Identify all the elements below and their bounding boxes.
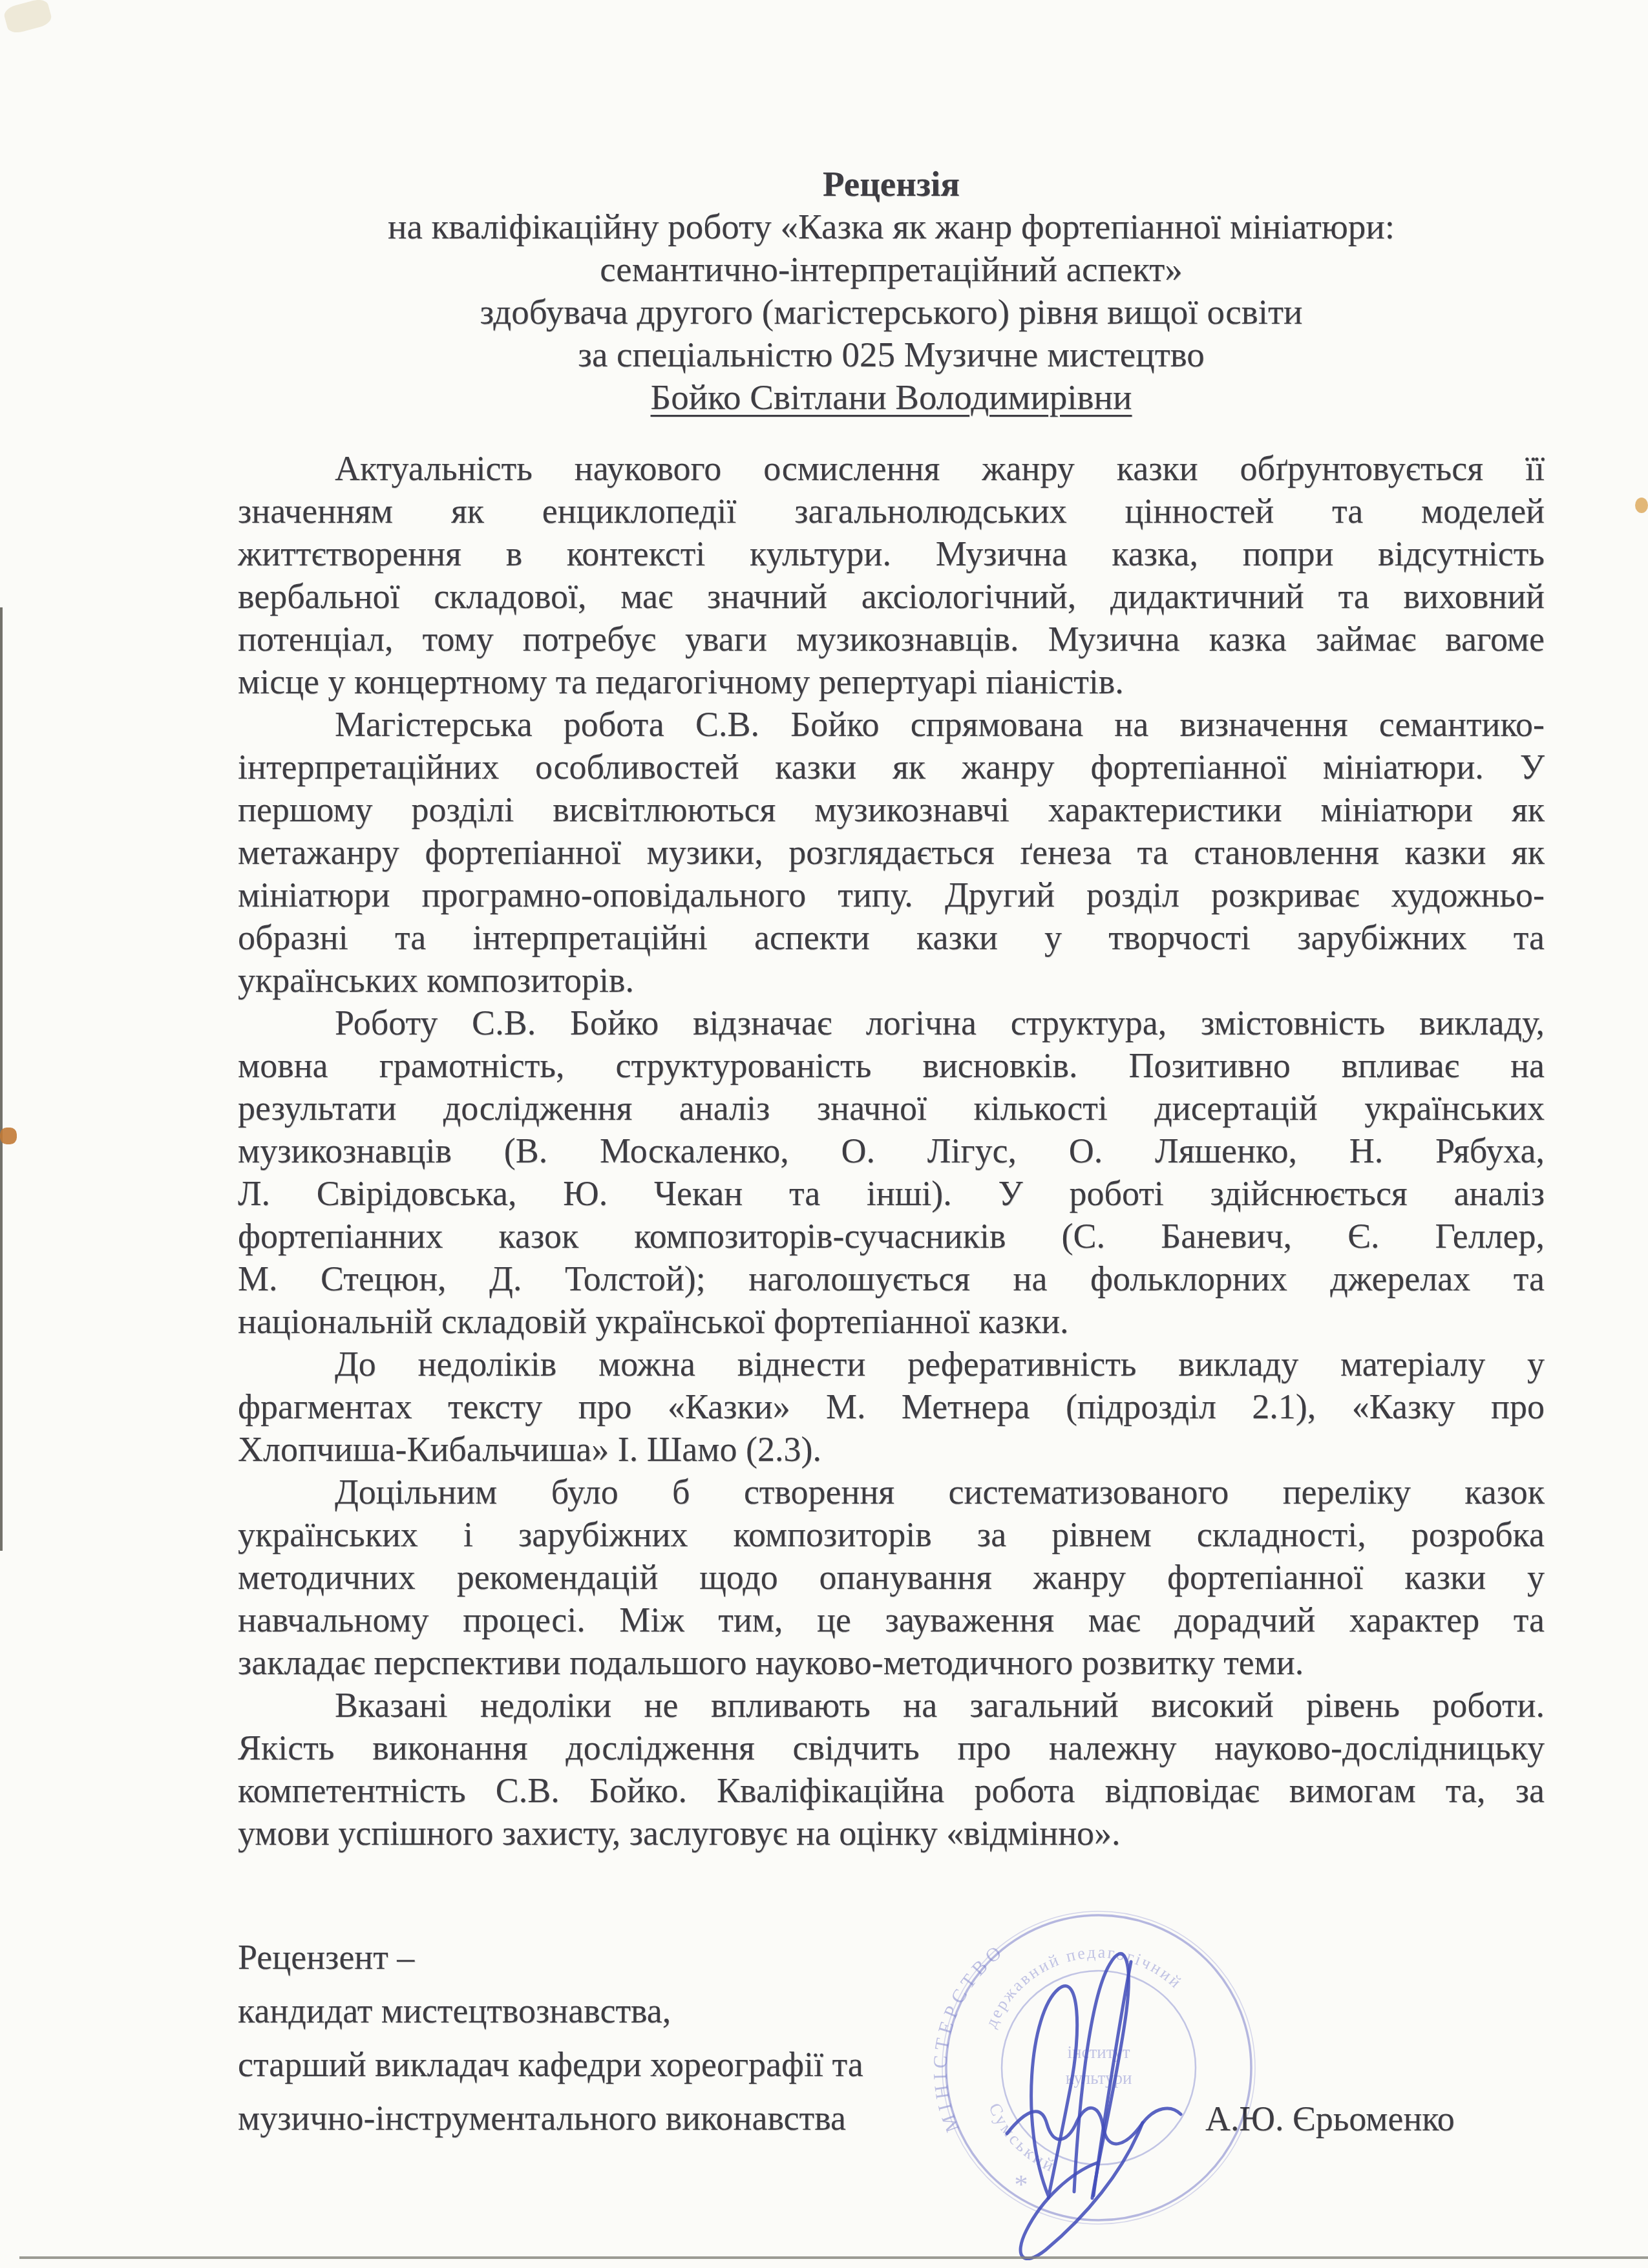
- handwritten-signature: [1007, 1954, 1181, 2259]
- body-line: закладає перспективи подальшого науково-…: [238, 1641, 1545, 1684]
- body-line: образні та інтерпретаційні аспекти казки…: [238, 916, 1545, 959]
- body-line: інтерпретаційних особливостей казки як ж…: [238, 746, 1545, 788]
- body-line: потенціал, тому потребує уваги музикозна…: [238, 618, 1545, 660]
- title-line: семантично-інтерпретаційний аспект»: [238, 248, 1545, 291]
- body-line: результати дослідження аналіз значної кі…: [238, 1087, 1545, 1129]
- body-line: Хлопчиша-Кибальчиша» І. Шамо (2.3).: [238, 1428, 1545, 1471]
- scan-artifact-bottom-edge: [19, 2256, 1648, 2259]
- body-line: Л. Свірідовська, Ю. Чекан та інші). У ро…: [238, 1172, 1545, 1215]
- body-line: метажанру фортепіанної музики, розглядає…: [238, 831, 1545, 874]
- title-line: за спеціальністю 025 Музичне мистецтво: [238, 333, 1545, 376]
- title-line: на кваліфікаційну роботу «Казка як жанр …: [238, 205, 1545, 248]
- review-body: Актуальність наукового осмислення жанру …: [238, 447, 1545, 1854]
- scan-artifact-corner: [3, 0, 53, 35]
- scanned-review-page: Рецензія на кваліфікаційну роботу «Казка…: [0, 0, 1648, 2268]
- title-line: здобувача другого (магістерського) рівня…: [238, 291, 1545, 333]
- stamp-arc-bottom-text: Сумський: [985, 2100, 1059, 2176]
- body-line: фортепіанних казок композиторів-сучасник…: [238, 1215, 1545, 1257]
- body-line: мініатюри програмно-оповідального типу. …: [238, 874, 1545, 916]
- stamp-star: *: [1015, 2170, 1028, 2200]
- body-line: національній складовій української форте…: [238, 1300, 1545, 1343]
- scan-artifact-right-speck: [1635, 498, 1648, 513]
- official-stamp: МІНІСТЕРСТВО державний педагогічний Сумс…: [840, 1842, 1357, 2268]
- body-line: навчальному процесі. Між тим, це зауваже…: [238, 1599, 1545, 1641]
- body-line: місце у концертному та педагогічному реп…: [238, 660, 1545, 703]
- document-title: Рецензія: [238, 163, 1545, 205]
- body-line: компетентність С.В. Бойко. Кваліфікаційн…: [238, 1769, 1545, 1812]
- body-line: українських і зарубіжних композиторів за…: [238, 1513, 1545, 1556]
- body-line: мовна грамотність, структурованість висн…: [238, 1044, 1545, 1087]
- stamp-arc-top-text: державний педагогічний: [982, 1942, 1187, 2030]
- scan-artifact-left-edge: [0, 607, 3, 1551]
- body-line: До недоліків можна віднести реферативніс…: [238, 1343, 1545, 1385]
- body-line: Вказані недоліки не впливають на загальн…: [238, 1684, 1545, 1727]
- body-line: значенням як енциклопедії загальнолюдськ…: [238, 490, 1545, 532]
- stamp-seal: МІНІСТЕРСТВО державний педагогічний Сумс…: [929, 1911, 1255, 2224]
- body-line: вербальної складової, має значний аксіол…: [238, 575, 1545, 618]
- body-line: музикознавців (В. Москаленко, О. Лігус, …: [238, 1129, 1545, 1172]
- body-line: українських композиторів.: [238, 959, 1545, 1002]
- body-line: Доцільним було б створення систематизова…: [238, 1471, 1545, 1513]
- body-line: Якість виконання дослідження свідчить пр…: [238, 1727, 1545, 1769]
- stamp-center-line2: культури: [1066, 2068, 1132, 2088]
- title-line: Бойко Світлани Володимирівни: [238, 376, 1545, 419]
- body-line: методичних рекомендацій щодо опанування …: [238, 1556, 1545, 1599]
- title-block: Рецензія на кваліфікаційну роботу «Казка…: [238, 163, 1545, 419]
- body-line: життєтворення в контексті культури. Музи…: [238, 532, 1545, 575]
- body-line: Магістерська робота С.В. Бойко спрямован…: [238, 703, 1545, 746]
- body-line: фрагментах тексту про «Казки» М. Метнера…: [238, 1385, 1545, 1428]
- body-line: М. Стецюн, Д. Толстой); наголошується на…: [238, 1257, 1545, 1300]
- body-line: першому розділі висвітлюються музикознав…: [238, 788, 1545, 831]
- body-line: Актуальність наукового осмислення жанру …: [238, 447, 1545, 490]
- scan-artifact-left-speck: [0, 1128, 17, 1144]
- body-line: Роботу С.В. Бойко відзначає логічна стру…: [238, 1002, 1545, 1044]
